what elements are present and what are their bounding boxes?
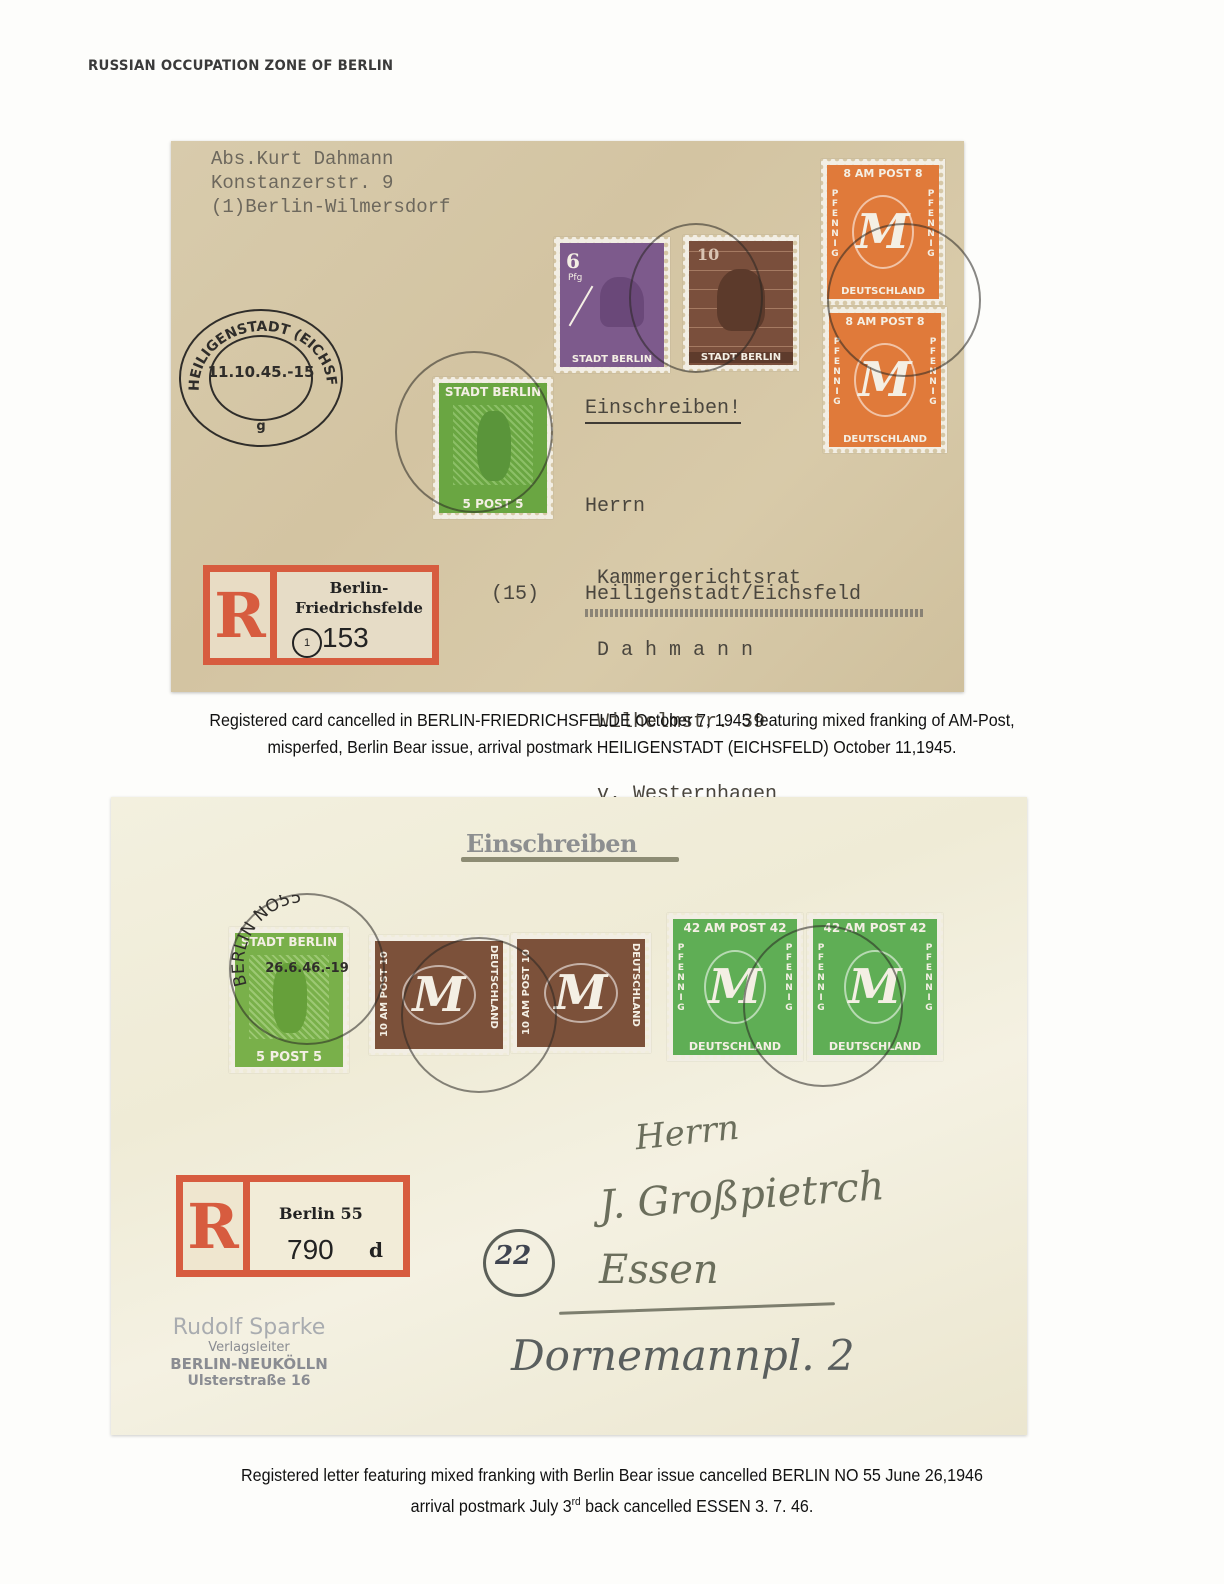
arrival-postmark: HEILIGENSTADT (EICHSFELD) 11.10.45.-15 g <box>179 309 343 447</box>
sender-line: Abs.Kurt Dahmann <box>211 147 450 171</box>
sender-address: Abs.Kurt Dahmann Konstanzerstr. 9 (1)Ber… <box>211 147 450 219</box>
recipient-line: J. Großpietrch <box>598 1163 886 1229</box>
cancel-postmark-berlin-no55: BERLIN NO55 26.6.46.-19 <box>229 893 385 1045</box>
postmark-date: 11.10.45.-15 <box>181 363 341 381</box>
recipient-address: Herrn Kammergerichtsrat D a h m a n n Wi… <box>585 447 801 855</box>
sender-line: Konstanzerstr. 9 <box>211 171 450 195</box>
registered-marking: Einschreiben! <box>585 397 741 424</box>
registered-card-1945: Abs.Kurt Dahmann Konstanzerstr. 9 (1)Ber… <box>171 141 964 692</box>
registered-r-icon: R <box>210 572 277 658</box>
cancel-postmark-friedrichsfelde <box>827 223 981 377</box>
caption-item2: Registered letter featuring mixed franki… <box>49 1462 1175 1520</box>
postal-zone: 22 <box>495 1241 531 1271</box>
registered-marking: Einschreiben <box>466 829 637 858</box>
registration-number: 153 <box>322 622 369 654</box>
cancel-postmark-friedrichsfelde <box>395 351 553 513</box>
postal-zone: (15) <box>491 583 539 606</box>
circled-number: 1 <box>292 628 322 658</box>
sender-rubber-stamp: Rudolf Sparke Verlagsleiter BERLIN-NEUKÖ… <box>139 1315 359 1389</box>
typed-underline <box>585 609 925 617</box>
marking-underline <box>461 857 679 862</box>
postmark-code: g <box>181 419 341 434</box>
handwritten-underline <box>559 1302 835 1315</box>
sender-line: (1)Berlin-Wilmersdorf <box>211 195 450 219</box>
registration-label: R Berlin- Friedrichsfelde 1 153 <box>203 565 439 665</box>
recipient-line: Herrn <box>633 1108 741 1159</box>
registration-number: 790 <box>287 1234 334 1266</box>
registered-r-icon: R <box>183 1182 250 1270</box>
page-title: RUSSIAN OCCUPATION ZONE OF BERLIN <box>88 58 393 74</box>
cancel-postmark-berlin-no55 <box>743 925 903 1087</box>
recipient-city: Essen <box>599 1247 719 1293</box>
registration-label: R Berlin 55 790 d <box>176 1175 410 1277</box>
registered-letter-1946: Einschreiben STADT BERLIN 5 POST 5 10 AM… <box>111 797 1027 1435</box>
cancel-postmark-berlin-no55 <box>401 937 557 1093</box>
cancel-postmark-friedrichsfelde <box>629 223 763 373</box>
caption-item1: Registered card cancelled in BERLIN-FRIE… <box>49 707 1175 761</box>
recipient-city: Heiligenstadt/Eichsfeld <box>585 583 861 606</box>
recipient-street: Dornemannpl. 2 <box>511 1331 855 1380</box>
